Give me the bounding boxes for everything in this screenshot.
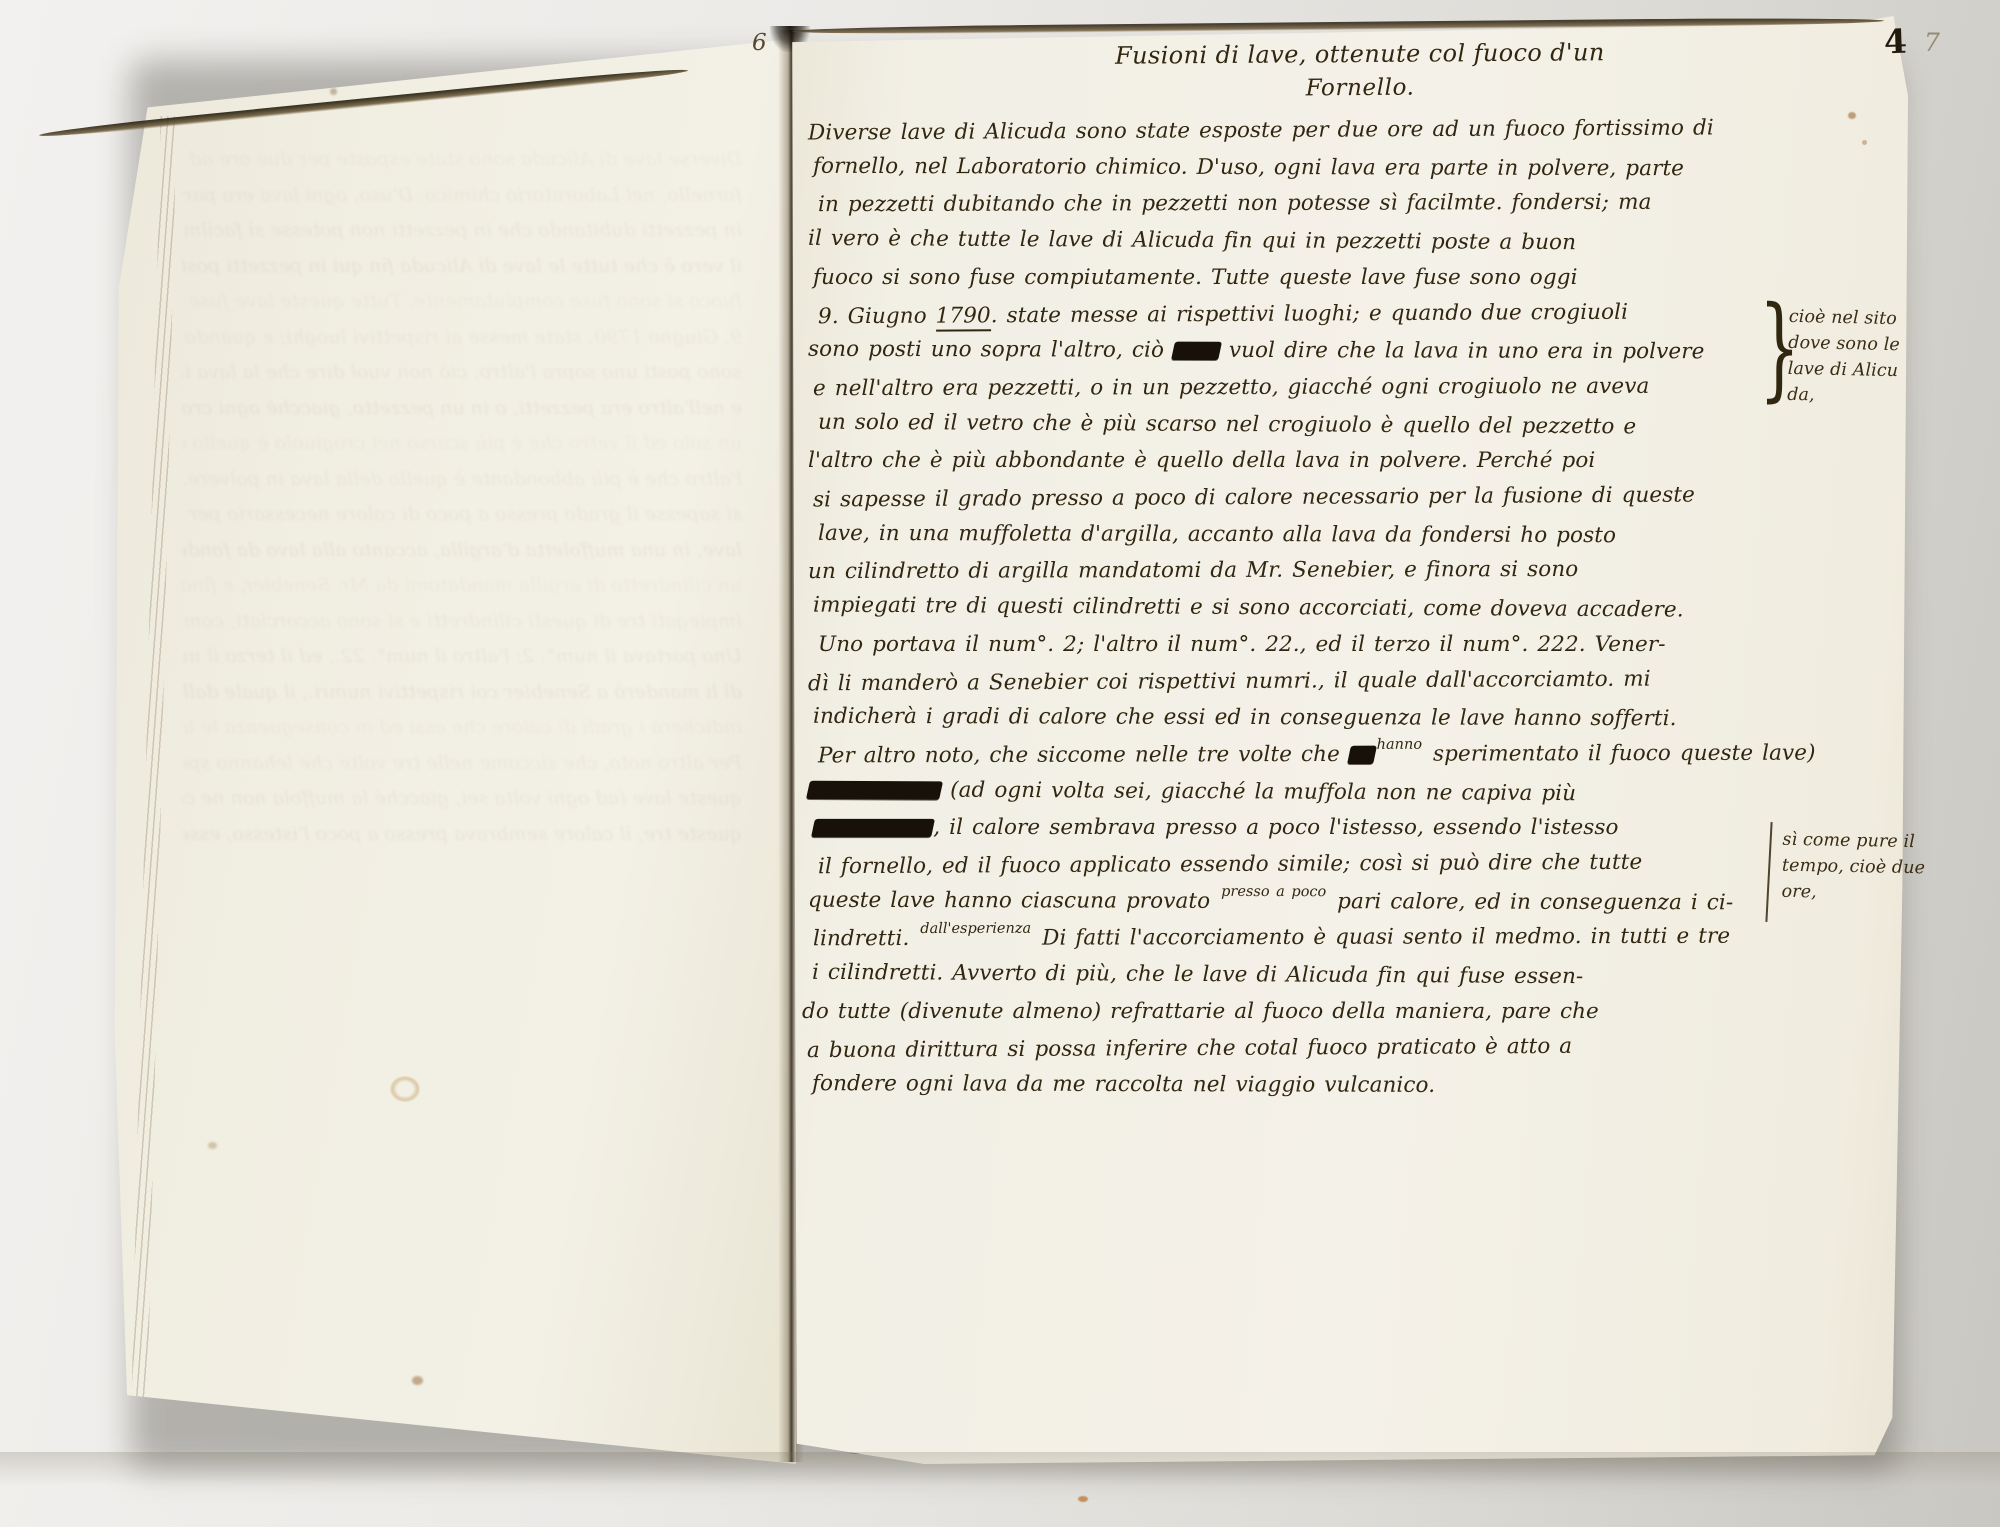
margin-note-line: cioè nel sito <box>1789 304 1901 332</box>
manuscript-line: Uno portava il num°. 2; l'altro il num°.… <box>818 632 1666 657</box>
manuscript-line: lindretti. dall'esperienza Di fatti l'ac… <box>813 924 1730 952</box>
manuscript-line: 9. Giugno 1790. state messe ai rispettiv… <box>818 299 1628 329</box>
margin-note-1-text: cioè nel sitodove sono lelave di Alicuda… <box>1787 304 1901 410</box>
manuscript-line: fondere ogni lava da me raccolta nel via… <box>812 1071 1435 1098</box>
manuscript-line: un cilindretto di argilla mandatomi da M… <box>808 557 1578 584</box>
margin-note-line: dove sono le <box>1788 330 1900 358</box>
manuscript-line: do tutte (divenute almeno) refrattarie a… <box>802 999 1599 1024</box>
margin-note-line: da, <box>1787 382 1899 410</box>
manuscript-photo: Diverse lave di Alicuda sono state espos… <box>0 0 2000 1527</box>
margin-note-line: tempo, cioè due <box>1782 853 1925 881</box>
manuscript-line: impiegati tre di questi cilindretti e si… <box>813 593 1684 623</box>
manuscript-line: queste lave (ad ogni volta sei, giacché … <box>808 776 1576 805</box>
manuscript-line: lave, in una muffoletta d'argilla, accan… <box>818 521 1616 548</box>
table-surface <box>0 1452 2000 1527</box>
margin-note-2-text: sì come pure iltempo, cioè dueore, <box>1781 827 1925 907</box>
margin-note-line: ore, <box>1781 879 1924 907</box>
margin-note-line: lave di Alicu <box>1787 356 1899 384</box>
manuscript-line: l'altro che è più abbondante è quello de… <box>808 448 1595 473</box>
manuscript-line: in pezzetti dubitando che in pezzetti no… <box>818 190 1652 217</box>
manuscript-line: il fornello, ed il fuoco applicato essen… <box>818 850 1642 880</box>
manuscript-lines: Diverse lave di Alicuda sono state espos… <box>0 0 2000 1527</box>
manuscript-line: queste tre, il calore sembrava presso a … <box>813 815 1619 840</box>
manuscript-line: sono posti uno sopra l'altro, ciò non vu… <box>808 337 1705 365</box>
manuscript-line: queste lave hanno ciascuna provato press… <box>808 887 1733 915</box>
manuscript-line: un solo ed il vetro che è più scarso nel… <box>818 409 1636 439</box>
manuscript-line: Diverse lave di Alicuda sono state espos… <box>808 115 1714 145</box>
manuscript-line: i cilindretti. Avverto di più, che le la… <box>812 960 1583 989</box>
manuscript-line: indicherà i gradi di calore che essi ed … <box>813 704 1677 731</box>
manuscript-line: dì li manderò a Senebier coi rispettivi … <box>808 666 1651 696</box>
manuscript-line: si sapesse il grado presso a poco di cal… <box>813 483 1695 513</box>
manuscript-line: a buona dirittura si possa inferire che … <box>807 1033 1572 1062</box>
manuscript-line: fuoco si sono fuse compiutamente. Tutte … <box>813 265 1578 290</box>
manuscript-line: Per altro noto, che siccome nelle tre vo… <box>818 740 1816 768</box>
manuscript-line: il vero è che tutte le lave di Alicuda f… <box>808 226 1576 255</box>
manuscript-line: e nell'altro era pezzetti, o in un pezze… <box>813 374 1649 401</box>
margin-note-line: sì come pure il <box>1782 827 1925 855</box>
manuscript-line: fornello, nel Laboratorio chimico. D'uso… <box>813 153 1684 180</box>
